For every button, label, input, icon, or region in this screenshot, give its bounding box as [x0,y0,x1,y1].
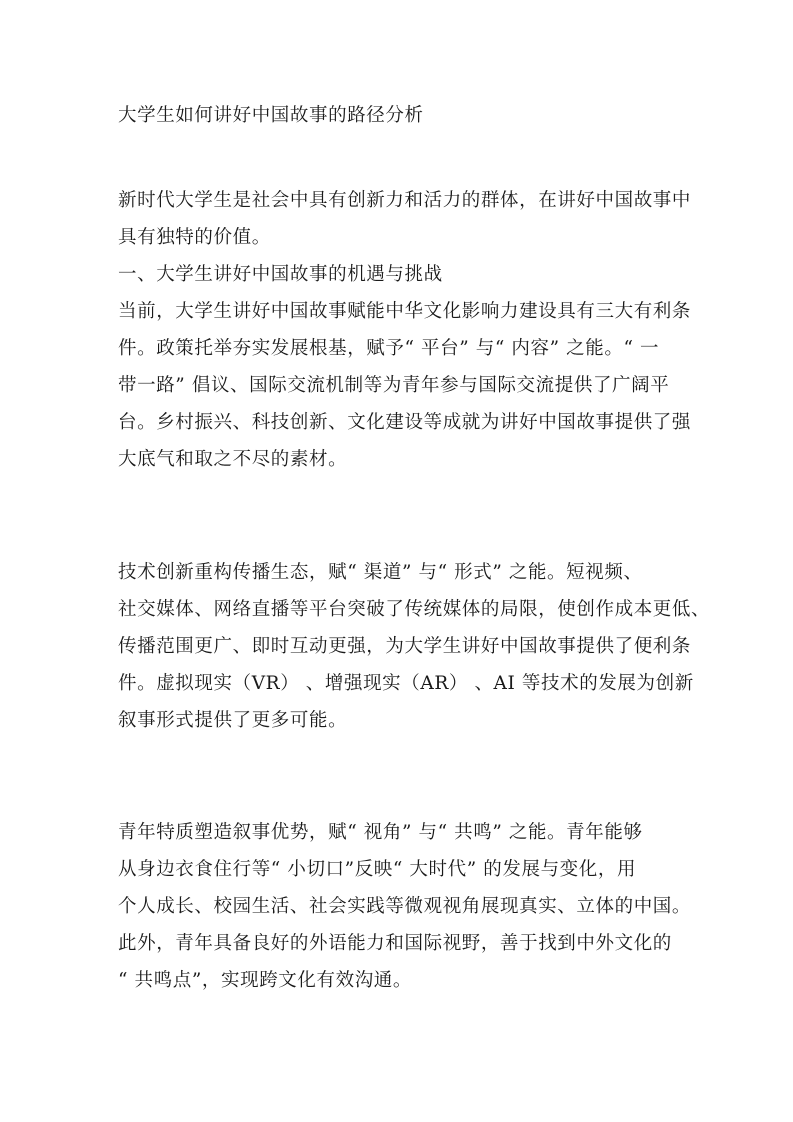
youth-line-5: “ 共鸣点”，实现跨文化有效沟通。 [118,970,412,992]
intro-line-2: 具有独特的价值。 [118,227,271,249]
document-title: 大学生如何讲好中国故事的路径分析 [118,105,424,127]
policy-line-5: 大底气和取之不尽的素材。 [118,449,347,471]
technology-line-3: 传播范围更广、即时互动更强，为大学生讲好中国故事提供了便利条 [118,636,691,658]
document-page: 大学生如何讲好中国故事的路径分析 新时代大学生是社会中具有创新力和活力的群体，在… [0,0,793,1122]
technology-line-2: 社交媒体、网络直播等平台突破了传统媒体的局限，使创作成本更低、 [118,599,710,621]
policy-line-4: 台。乡村振兴、科技创新、文化建设等成就为讲好中国故事提供了强 [118,412,691,434]
policy-line-2: 件。政策托举夯实发展根基，赋予“ 平台” 与“ 内容” 之能。“ 一 [118,338,659,360]
section-heading: 一、大学生讲好中国故事的机遇与挑战 [118,264,443,286]
policy-line-1: 当前，大学生讲好中国故事赋能中华文化影响力建设具有三大有利条 [118,301,691,323]
youth-line-3: 个人成长、校园生活、社会实践等微观视角展现真实、立体的中国。 [118,896,691,918]
technology-line-5: 叙事形式提供了更多可能。 [118,710,347,732]
youth-line-1: 青年特质塑造叙事优势，赋“ 视角” 与“ 共鸣” 之能。青年能够 [118,822,643,844]
intro-line-1: 新时代大学生是社会中具有创新力和活力的群体，在讲好中国故事中 [118,190,691,212]
technology-line-1: 技术创新重构传播生态，赋“ 渠道” 与“ 形式” 之能。短视频、 [118,562,643,584]
technology-line-4: 件。虚拟现实（VR） 、增强现实（AR） 、AI 等技术的发展为创新 [118,673,694,695]
youth-line-2: 从身边衣食住行等“ 小切口”反映“ 大时代” 的发展与变化，用 [118,859,636,881]
policy-line-3: 带一路” 倡议、国际交流机制等为青年参与国际交流提供了广阔平 [118,375,669,397]
youth-line-4: 此外，青年具备良好的外语能力和国际视野，善于找到中外文化的 [118,933,672,955]
